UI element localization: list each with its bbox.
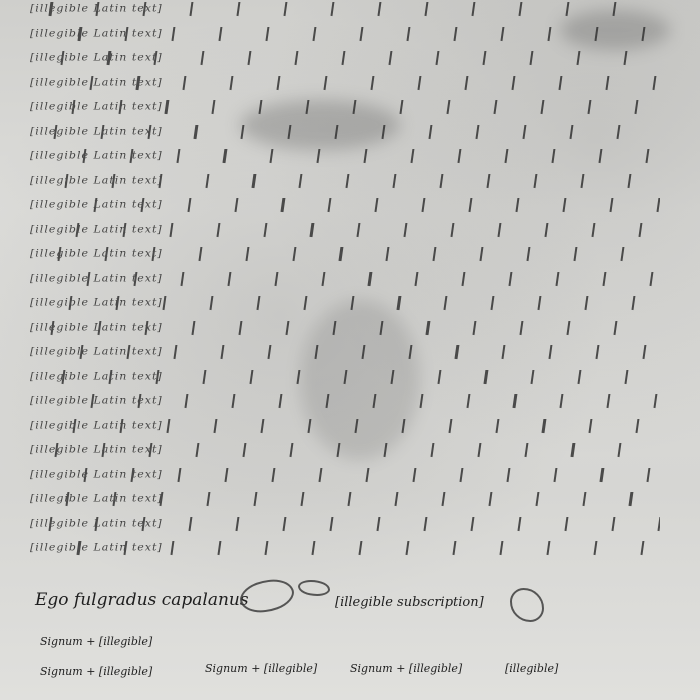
charter-line-text: [illegible Latin text]	[30, 150, 163, 162]
ascender-stroke	[495, 419, 500, 433]
ascender-stroke	[354, 419, 359, 433]
ascender-stroke	[350, 296, 355, 310]
ascender-stroke	[217, 541, 222, 555]
charter-line: [illegible Latin text]	[30, 223, 660, 245]
ascender-stroke	[482, 51, 487, 65]
charter-line-text: [illegible Latin text]	[30, 444, 163, 456]
ascender-stroke	[609, 198, 614, 212]
ascender-stroke	[206, 492, 211, 506]
ascender-stroke	[227, 272, 232, 286]
ascender-stroke	[533, 174, 538, 188]
ascender-stroke	[403, 223, 408, 237]
ascender-stroke	[292, 247, 297, 261]
ascender-stroke	[555, 272, 560, 286]
ascender-stroke	[399, 100, 404, 114]
ascender-stroke	[616, 125, 621, 139]
ascender-stroke	[189, 2, 194, 16]
charter-line-text: [illegible Latin text]	[30, 223, 163, 235]
ascender-stroke	[611, 517, 616, 531]
ascender-stroke	[488, 492, 493, 506]
ascender-stroke	[278, 394, 283, 408]
charter-line: [illegible Latin text]	[30, 370, 660, 392]
ascender-stroke	[209, 296, 214, 310]
charter-line-text: [illegible Latin text]	[30, 493, 163, 505]
ascender-stroke	[423, 517, 428, 531]
charter-line-text: [illegible Latin text]	[30, 346, 163, 358]
charter-line-text: [illegible Latin text]	[30, 248, 163, 260]
ascender-stroke	[252, 174, 257, 188]
ascender-stroke	[383, 443, 388, 457]
ascender-stroke	[602, 272, 607, 286]
ascender-stroke	[247, 51, 252, 65]
ascender-stroke	[450, 223, 455, 237]
charter-line: [illegible Latin text]	[30, 27, 660, 49]
ascender-stroke	[461, 272, 466, 286]
charter-line: [illegible Latin text]	[30, 321, 660, 343]
ascender-stroke	[649, 272, 654, 286]
ascender-stroke	[274, 272, 279, 286]
ascender-stroke	[457, 149, 462, 163]
ascender-stroke	[645, 149, 650, 163]
ascender-stroke	[471, 2, 476, 16]
ascender-stroke	[385, 247, 390, 261]
charter-line-text: [illegible Latin text]	[30, 468, 163, 480]
ascender-stroke	[547, 27, 552, 41]
charter-line: [illegible Latin text]	[30, 492, 660, 514]
ascender-stroke	[379, 321, 384, 335]
charter-line-text: [illegible Latin text]	[30, 542, 163, 554]
charter-line: [illegible Latin text]	[30, 296, 660, 318]
ascender-stroke	[390, 370, 395, 384]
ascender-stroke	[166, 419, 171, 433]
ascender-stroke	[577, 370, 582, 384]
ascender-stroke	[631, 296, 636, 310]
charter-line: [illegible Latin text]	[30, 198, 660, 220]
ascender-stroke	[329, 517, 334, 531]
ascender-stroke	[459, 468, 464, 482]
ascender-stroke	[327, 198, 332, 212]
ascender-stroke	[537, 296, 542, 310]
ascender-stroke	[363, 149, 368, 163]
ascender-stroke	[499, 541, 504, 555]
ascender-stroke	[256, 296, 261, 310]
ascender-stroke	[184, 394, 189, 408]
ascender-stroke	[432, 247, 437, 261]
ascender-stroke	[419, 394, 424, 408]
ascender-stroke	[623, 51, 628, 65]
ascender-stroke	[334, 125, 339, 139]
charter-line: [illegible Latin text]	[30, 100, 660, 122]
ascender-stroke	[294, 51, 299, 65]
ascender-stroke	[617, 443, 622, 457]
ascender-stroke	[472, 321, 477, 335]
ascender-stroke	[529, 51, 534, 65]
ascender-stroke	[229, 76, 234, 90]
ascender-stroke	[584, 296, 589, 310]
ascender-stroke	[598, 149, 603, 163]
ascender-stroke	[453, 27, 458, 41]
ascender-stroke	[300, 492, 305, 506]
ascender-stroke	[176, 149, 181, 163]
ascender-stroke	[542, 419, 547, 433]
ascender-stroke	[518, 2, 523, 16]
ascender-stroke	[170, 541, 175, 555]
ascender-stroke	[345, 174, 350, 188]
ascender-stroke	[220, 345, 225, 359]
ascender-stroke	[595, 345, 600, 359]
ascender-stroke	[535, 492, 540, 506]
ascender-stroke	[642, 345, 647, 359]
charter-line: [illegible Latin text]	[30, 272, 660, 294]
seal-mark	[298, 580, 330, 596]
ascender-stroke	[504, 149, 509, 163]
ascender-stroke	[392, 174, 397, 188]
ascender-stroke	[235, 517, 240, 531]
ascender-stroke	[511, 76, 516, 90]
charter-line: [illegible Latin text]	[30, 541, 660, 563]
ascender-stroke	[312, 27, 317, 41]
ascender-stroke	[582, 492, 587, 506]
ascender-stroke	[283, 2, 288, 16]
ascender-stroke	[544, 223, 549, 237]
ascender-stroke	[562, 198, 567, 212]
ascender-stroke	[330, 2, 335, 16]
ascender-stroke	[191, 321, 196, 335]
ascender-stroke	[591, 223, 596, 237]
ascender-stroke	[165, 100, 170, 114]
witness-5: [illegible]	[505, 662, 558, 675]
ascender-stroke	[606, 394, 611, 408]
ascender-stroke	[236, 2, 241, 16]
ascender-stroke	[410, 149, 415, 163]
ascender-stroke	[260, 419, 265, 433]
charter-line: [illegible Latin text]	[30, 247, 660, 269]
ascender-stroke	[282, 517, 287, 531]
ascender-stroke	[211, 100, 216, 114]
ascender-stroke	[287, 125, 292, 139]
ascender-stroke	[452, 541, 457, 555]
ascender-stroke	[263, 223, 268, 237]
ascender-stroke	[405, 541, 410, 555]
ascender-stroke	[548, 345, 553, 359]
ascender-stroke	[466, 394, 471, 408]
charter-line: [illegible Latin text]	[30, 125, 660, 147]
ascender-stroke	[332, 321, 337, 335]
ascender-stroke	[323, 76, 328, 90]
ascender-stroke	[470, 517, 475, 531]
charter-line-text: [illegible Latin text]	[30, 395, 163, 407]
ascender-stroke	[605, 76, 610, 90]
subscription-ego: Ego fulgradus capalanus	[35, 590, 249, 610]
notary-monogram	[510, 588, 544, 622]
ascender-stroke	[264, 541, 269, 555]
ascender-stroke	[640, 541, 645, 555]
ascender-stroke	[169, 223, 174, 237]
ascender-stroke	[281, 198, 286, 212]
ascender-stroke	[253, 492, 258, 506]
ascender-stroke	[524, 443, 529, 457]
ascender-stroke	[276, 76, 281, 90]
ascender-stroke	[600, 468, 605, 482]
ascender-stroke	[439, 174, 444, 188]
ascender-stroke	[565, 2, 570, 16]
ascender-stroke	[508, 272, 513, 286]
ascender-stroke	[517, 517, 522, 531]
manuscript-page: [illegible Latin text][illegible Latin t…	[0, 0, 700, 700]
ascender-stroke	[343, 370, 348, 384]
ascender-stroke	[406, 27, 411, 41]
ascender-stroke	[646, 468, 651, 482]
ascender-stroke	[448, 419, 453, 433]
charter-line-text: [illegible Latin text]	[30, 370, 163, 382]
ascender-stroke	[428, 125, 433, 139]
ascender-stroke	[620, 247, 625, 261]
ascender-stroke	[202, 370, 207, 384]
ascender-stroke	[588, 419, 593, 433]
ascender-stroke	[285, 321, 290, 335]
witness-1: Signum + [illegible]	[40, 635, 152, 648]
ascender-stroke	[551, 149, 556, 163]
ascender-stroke	[267, 345, 272, 359]
charter-line: [illegible Latin text]	[30, 394, 660, 416]
ascender-stroke	[177, 468, 182, 482]
ascender-stroke	[238, 321, 243, 335]
ascender-stroke	[468, 198, 473, 212]
ascender-stroke	[500, 27, 505, 41]
charter-line: [illegible Latin text]	[30, 468, 660, 490]
charter-line: [illegible Latin text]	[30, 345, 660, 367]
ascender-stroke	[182, 76, 187, 90]
ascender-stroke	[559, 394, 564, 408]
ascender-stroke	[173, 345, 178, 359]
ascender-stroke	[540, 100, 545, 114]
ascender-stroke	[624, 370, 629, 384]
ascender-stroke	[171, 27, 176, 41]
ascender-stroke	[566, 321, 571, 335]
ascender-stroke	[311, 541, 316, 555]
ascender-stroke	[430, 443, 435, 457]
ascender-stroke	[569, 125, 574, 139]
charter-line: [illegible Latin text]	[30, 174, 660, 196]
ascender-stroke	[522, 125, 527, 139]
ascender-stroke	[370, 76, 375, 90]
ascender-stroke	[580, 174, 585, 188]
charter-line-text: [illegible Latin text]	[30, 272, 163, 284]
ascender-stroke	[341, 51, 346, 65]
ascender-stroke	[486, 174, 491, 188]
charter-line: [illegible Latin text]	[30, 517, 660, 539]
ascender-stroke	[298, 174, 303, 188]
ascender-stroke	[258, 100, 263, 114]
ascender-stroke	[358, 541, 363, 555]
ascender-stroke	[339, 247, 344, 261]
ascender-stroke	[269, 149, 274, 163]
ascender-stroke	[515, 198, 520, 212]
ascender-stroke	[558, 76, 563, 90]
ascender-stroke	[641, 27, 646, 41]
charter-line-text: [illegible Latin text]	[30, 101, 163, 113]
ascender-stroke	[564, 517, 569, 531]
ascender-stroke	[180, 272, 185, 286]
ascender-stroke	[497, 223, 502, 237]
ascender-stroke	[359, 27, 364, 41]
ascender-stroke	[198, 247, 203, 261]
ascender-stroke	[408, 345, 413, 359]
ascender-stroke	[368, 272, 373, 286]
ascender-stroke	[571, 443, 576, 457]
ascender-stroke	[653, 394, 658, 408]
ascender-stroke	[314, 345, 319, 359]
ascender-stroke	[656, 198, 660, 212]
charter-line: [illegible Latin text]	[30, 2, 660, 24]
ascender-stroke	[307, 419, 312, 433]
charter-line-text: [illegible Latin text]	[30, 297, 163, 309]
ascender-stroke	[412, 468, 417, 482]
ascender-stroke	[316, 149, 321, 163]
ascender-stroke	[573, 247, 578, 261]
ascender-stroke	[187, 198, 192, 212]
ascender-stroke	[426, 321, 431, 335]
charter-line: [illegible Latin text]	[30, 76, 660, 98]
charter-line: [illegible Latin text]	[30, 51, 660, 73]
ascender-stroke	[475, 125, 480, 139]
ascender-stroke	[195, 443, 200, 457]
ascender-stroke	[218, 27, 223, 41]
ascender-stroke	[587, 100, 592, 114]
ascender-stroke	[205, 174, 210, 188]
ascender-stroke	[612, 2, 617, 16]
ascender-stroke	[325, 394, 330, 408]
charter-line-text: [illegible Latin text]	[30, 52, 163, 64]
ascender-stroke	[424, 2, 429, 16]
ascender-stroke	[594, 27, 599, 41]
ascender-stroke	[513, 394, 518, 408]
signum-monogram	[236, 572, 298, 621]
ascender-stroke	[421, 198, 426, 212]
ascender-stroke	[446, 100, 451, 114]
ascender-stroke	[613, 321, 618, 335]
ascender-stroke	[245, 247, 250, 261]
charter-line: [illegible Latin text]	[30, 419, 660, 441]
ascender-stroke	[417, 76, 422, 90]
ascender-stroke	[530, 370, 535, 384]
ascender-stroke	[490, 296, 495, 310]
ascender-stroke	[336, 443, 341, 457]
ascender-stroke	[627, 174, 632, 188]
ascender-stroke	[638, 223, 643, 237]
ascender-stroke	[310, 223, 315, 237]
ascender-stroke	[234, 198, 239, 212]
witness-3: Signum + [illegible]	[205, 662, 317, 675]
ascender-stroke	[224, 468, 229, 482]
ascender-stroke	[437, 370, 442, 384]
witness-2: Signum + [illegible]	[40, 665, 152, 678]
ascender-stroke	[443, 296, 448, 310]
ascender-stroke	[397, 296, 402, 310]
ascender-stroke	[493, 100, 498, 114]
ascender-stroke	[479, 247, 484, 261]
ascender-stroke	[657, 517, 660, 531]
ascender-stroke	[321, 272, 326, 286]
ascender-stroke	[356, 223, 361, 237]
ascender-stroke	[519, 321, 524, 335]
ascender-stroke	[231, 394, 236, 408]
charter-line-text: [illegible Latin text]	[30, 76, 163, 88]
ascender-stroke	[634, 100, 639, 114]
ascender-stroke	[376, 517, 381, 531]
ascender-stroke	[305, 100, 310, 114]
ascender-stroke	[265, 27, 270, 41]
ascender-stroke	[365, 468, 370, 482]
ascender-stroke	[435, 51, 440, 65]
ascender-stroke	[629, 492, 634, 506]
ascender-stroke	[162, 296, 167, 310]
ascender-stroke	[501, 345, 506, 359]
ascender-stroke	[381, 125, 386, 139]
ascender-stroke	[249, 370, 254, 384]
ascender-stroke	[289, 443, 294, 457]
ascender-stroke	[223, 149, 228, 163]
charter-line: [illegible Latin text]	[30, 149, 660, 171]
ascender-stroke	[216, 223, 221, 237]
charter-line-text: [illegible Latin text]	[30, 419, 163, 431]
ascender-stroke	[553, 468, 558, 482]
ascender-stroke	[401, 419, 406, 433]
ascender-stroke	[200, 51, 205, 65]
ascender-stroke	[374, 198, 379, 212]
ascender-stroke	[242, 443, 247, 457]
ascender-stroke	[394, 492, 399, 506]
ascender-stroke	[347, 492, 352, 506]
ascender-stroke	[188, 517, 193, 531]
ascender-stroke	[194, 125, 199, 139]
ascender-stroke	[352, 100, 357, 114]
charter-line: [illegible Latin text]	[30, 443, 660, 465]
ascender-stroke	[296, 370, 301, 384]
charter-line-text: [illegible Latin text]	[30, 27, 163, 39]
ascender-stroke	[546, 541, 551, 555]
ascender-stroke	[464, 76, 469, 90]
ascender-stroke	[526, 247, 531, 261]
ascender-stroke	[484, 370, 489, 384]
ascender-stroke	[361, 345, 366, 359]
ascender-stroke	[477, 443, 482, 457]
ascender-stroke	[455, 345, 460, 359]
ascender-stroke	[414, 272, 419, 286]
ascender-stroke	[388, 51, 393, 65]
ascender-stroke	[372, 394, 377, 408]
charter-line-text: [illegible Latin text]	[30, 125, 163, 137]
ascender-stroke	[213, 419, 218, 433]
ascender-stroke	[377, 2, 382, 16]
ascender-stroke	[303, 296, 308, 310]
ascender-stroke	[271, 468, 276, 482]
ascender-stroke	[240, 125, 245, 139]
ascender-stroke	[593, 541, 598, 555]
witness-4: Signum + [illegible]	[350, 662, 462, 675]
ascender-stroke	[576, 51, 581, 65]
ascender-stroke	[506, 468, 511, 482]
notary-line: [illegible subscription]	[335, 595, 484, 610]
ascender-stroke	[635, 419, 640, 433]
ascender-stroke	[652, 76, 657, 90]
ascender-stroke	[318, 468, 323, 482]
charter-line-text: [illegible Latin text]	[30, 174, 163, 186]
ascender-stroke	[441, 492, 446, 506]
